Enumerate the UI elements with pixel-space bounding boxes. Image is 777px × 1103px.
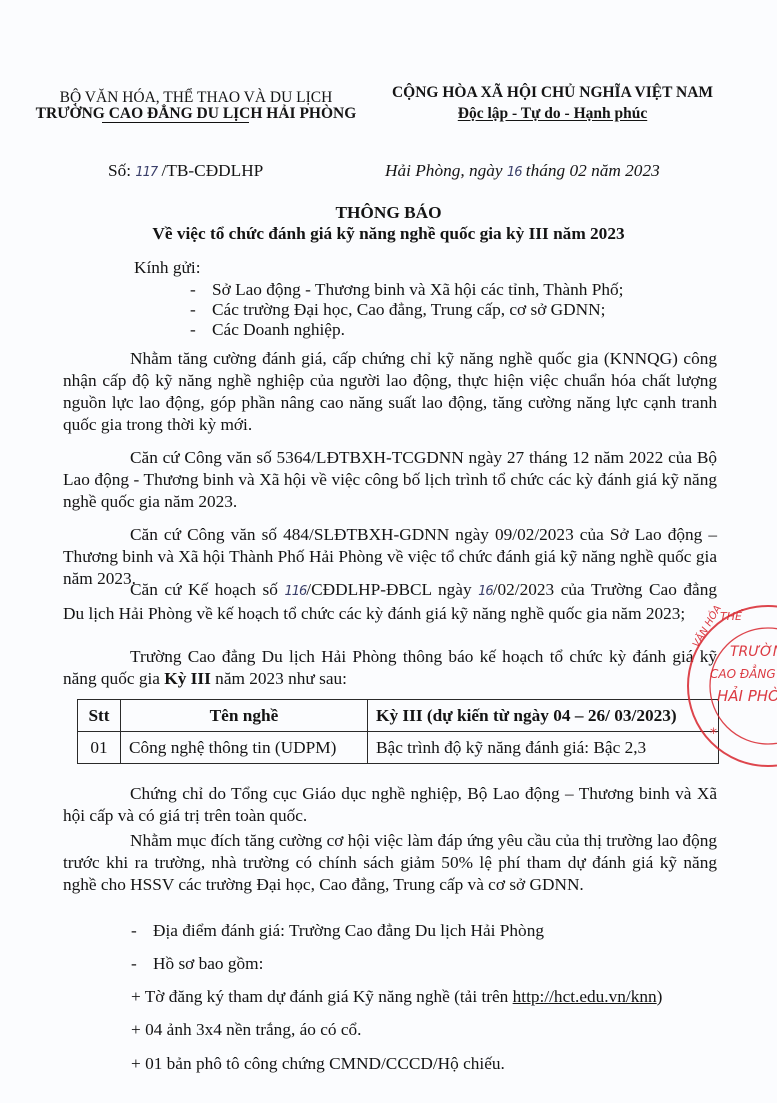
document-item-id-copy: + 01 bản phô tô công chứng CMND/CCCD/Hộ … bbox=[131, 1053, 505, 1075]
stamp-line-2: CAO ĐẲNG DU LỊCH bbox=[710, 664, 777, 681]
header-period: Kỳ III (dự kiến từ ngày 04 – 26/ 03/2023… bbox=[368, 700, 719, 732]
stamp-line-3: HẢI PHÒNG bbox=[717, 685, 777, 705]
recipient-item: -Các trường Đại học, Cao đẳng, Trung cấp… bbox=[190, 299, 605, 321]
recipient-item: -Các Doanh nghiệp. bbox=[190, 319, 345, 341]
school-name-text: TRƯỜNG CAO ĐẲNG DU LỊCH HẢI PHÒNG bbox=[36, 105, 357, 123]
svg-text:THỂ: THỂ bbox=[720, 609, 744, 623]
cell-stt: 01 bbox=[78, 732, 121, 764]
paragraph-purpose: Nhằm tăng cường đánh giá, cấp chứng chỉ … bbox=[63, 348, 717, 436]
header-stt: Stt bbox=[78, 700, 121, 732]
paragraph-certificate: Chứng chỉ do Tổng cục Giáo dục nghề nghi… bbox=[63, 783, 717, 827]
handwritten-number: 117 bbox=[135, 165, 157, 180]
handwritten-day: 16 bbox=[507, 165, 522, 180]
download-form-link[interactable]: http://hct.edu.vn/knn bbox=[513, 987, 657, 1006]
national-motto: Độc lập - Tự do - Hạnh phúc bbox=[375, 104, 730, 123]
recipient-item: -Sở Lao động - Thương binh và Xã hội các… bbox=[190, 279, 623, 301]
cell-occupation: Công nghệ thông tin (UDPM) bbox=[121, 732, 368, 764]
national-motto-text: Độc lập - Tự do - Hạnh phúc bbox=[458, 105, 647, 122]
paragraph-fee-reduction: Nhằm mục đích tăng cường cơ hội việc làm… bbox=[63, 830, 717, 896]
schedule-table: Stt Tên nghề Kỳ III (dự kiến từ ngày 04 … bbox=[77, 699, 719, 764]
handwritten-plan-number: 116 bbox=[284, 584, 306, 599]
country-name: CỘNG HÒA XÃ HỘI CHỦ NGHĨA VIỆT NAM bbox=[375, 83, 730, 102]
date-suffix: tháng 02 năm 2023 bbox=[521, 161, 659, 180]
handwritten-plan-day: 16 bbox=[478, 584, 493, 599]
document-subtitle: Về việc tổ chức đánh giá kỹ năng nghề qu… bbox=[0, 224, 777, 244]
document-item-registration: + Tờ đăng ký tham dự đánh giá Kỹ năng ng… bbox=[131, 986, 662, 1008]
recipients-label: Kính gửi: bbox=[134, 257, 201, 279]
document-number-suffix: /TB-CĐDLHP bbox=[157, 161, 263, 180]
cell-level: Bậc trình độ kỹ năng đánh giá: Bậc 2,3 bbox=[368, 732, 719, 764]
header-occupation: Tên nghề bbox=[121, 700, 368, 732]
document-number-prefix: Số: bbox=[108, 161, 135, 180]
paragraph-basis-ministry: Căn cứ Công văn số 5364/LĐTBXH-TCGDNN ng… bbox=[63, 447, 717, 513]
document-item-photos: + 04 ảnh 3x4 nền trắng, áo có cổ. bbox=[131, 1019, 362, 1041]
date-line: Hải Phòng, ngày 16 tháng 02 năm 2023 bbox=[385, 160, 660, 184]
paragraph-basis-plan: Căn cứ Kế hoạch số 116/CĐDLHP-ĐBCL ngày … bbox=[63, 579, 717, 625]
location-item: -Địa điểm đánh giá: Trường Cao đẳng Du l… bbox=[131, 920, 544, 942]
school-name: TRƯỜNG CAO ĐẲNG DU LỊCH HẢI PHÒNG bbox=[20, 104, 372, 123]
document-number: Số: 117 /TB-CĐDLHP bbox=[108, 160, 263, 184]
date-prefix: Hải Phòng, ngày bbox=[385, 161, 507, 180]
paragraph-announcement: Trường Cao đẳng Du lịch Hải Phòng thông … bbox=[63, 646, 717, 690]
document-title: THÔNG BÁO bbox=[0, 203, 777, 223]
documents-label: -Hồ sơ bao gồm: bbox=[131, 953, 263, 975]
table-header-row: Stt Tên nghề Kỳ III (dự kiến từ ngày 04 … bbox=[78, 700, 719, 732]
stamp-line-1: TRƯỜNG bbox=[730, 642, 777, 660]
table-row: 01 Công nghệ thông tin (UDPM) Bậc trình … bbox=[78, 732, 719, 764]
